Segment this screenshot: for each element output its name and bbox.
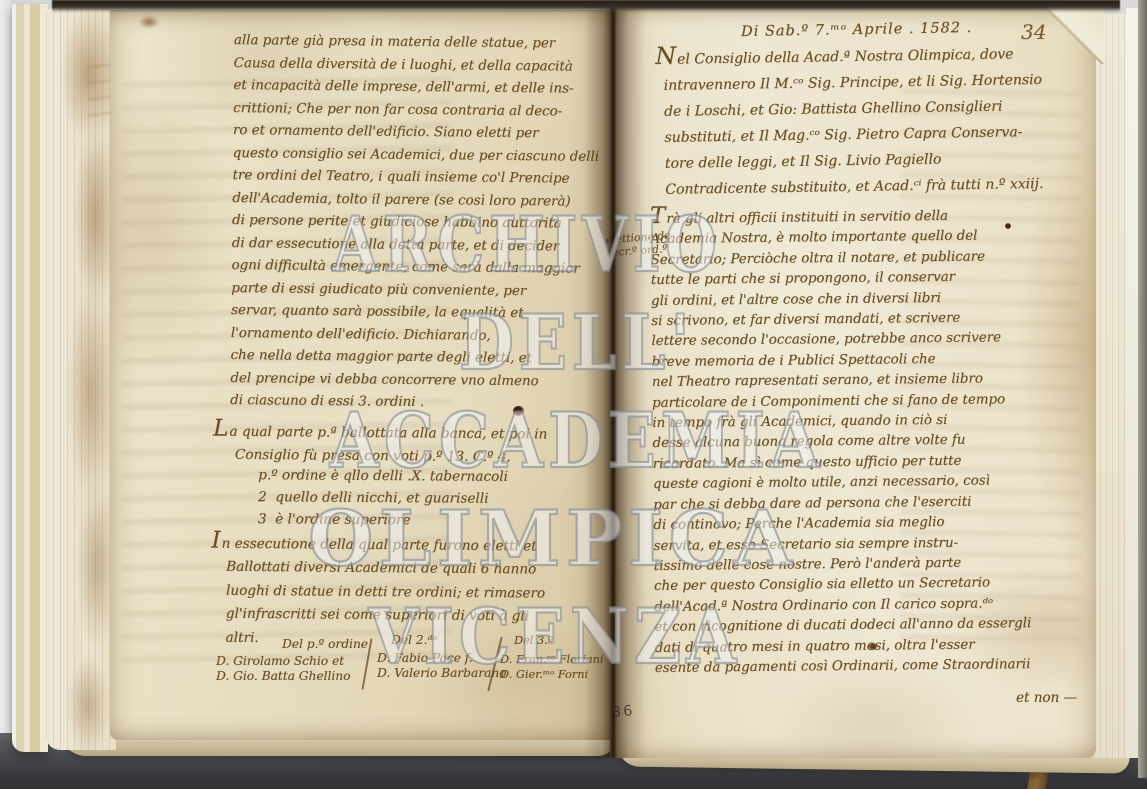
book-cover-right-edge (1138, 0, 1147, 778)
manuscript-text-line: lettere secondo l'occasione, potrebbe an… (651, 328, 1028, 352)
elected-name: D. Girolamo Schio et (216, 654, 368, 669)
elected-column-first-order: Del p.º ordine D. Girolamo Schio et D. G… (216, 637, 368, 685)
manuscript-text-line: La qual parte p.ª ballottata alla banca,… (213, 418, 547, 446)
manuscript-text-line: tre ordini del Teatro, i quali insieme c… (232, 165, 599, 191)
water-stains-left-edges (46, 8, 116, 750)
ink-smudge (138, 15, 160, 29)
column-header: Del 2.ᵈᵒ (391, 633, 506, 648)
left-page-paragraph-ballot: La qual parte p.ª ballottata alla banca,… (213, 418, 548, 469)
elected-name: D. Gio. Batta Ghellino (216, 669, 368, 684)
manuscript-text-line: In essecutione della qual parte furono e… (211, 530, 545, 559)
manuscript-text-line: et incapacità delle imprese, dell'armi, … (233, 75, 600, 101)
manuscript-text-line: ro et ornamento dell'edificio. Siano ele… (233, 120, 600, 146)
manuscript-text-line: Secretario; Perciòche oltra il notare, e… (650, 247, 1027, 271)
elected-column-second-order: Del 2.ᵈᵒ D. Fabio Pace f. D. Valerio Bar… (377, 633, 506, 682)
manuscript-text-line: di ciascuno di essi 3. ordini . (230, 390, 597, 416)
book-top-edge-shadow (52, 0, 1120, 13)
elected-name: D. Gier.ᵐᵒ Forni (500, 667, 604, 682)
order-list-item: 3 è l'ordine superiore (258, 509, 508, 533)
column-header: Del p.º ordine (282, 637, 368, 652)
manuscript-text-line: alla parte già presa in materia delle st… (234, 30, 601, 56)
manuscript-text-line: ogni difficultà emergente, come sarà dal… (231, 255, 598, 281)
pencil-foliation-number: 36 (611, 703, 635, 721)
page-edges-right (1094, 14, 1128, 758)
manuscript-text-line: et con ricognitione di ducati dodeci all… (654, 614, 1031, 638)
order-list-item: 2 quello delli nicchi, et guariselli (258, 487, 508, 511)
left-page-orders-list: p.º ordine è qllo delli .X. tabernacoli2… (258, 465, 508, 532)
left-page-paragraph-statue: alla parte già presa in materia delle st… (230, 30, 600, 416)
book-cover-left (12, 4, 48, 752)
elected-column-third-order: Del 3.º D. Fran.ᶜᵒ Floriani D. Gier.ᵐᵒ F… (500, 633, 604, 683)
manuscript-text-line: queste cagioni è molto utile, anzi neces… (653, 471, 1030, 495)
manuscript-text-line: Ballottati diversi Academici de quali 6 … (226, 556, 545, 582)
right-page-paragraph-secretary: Trà gli altri officii instituiti in serv… (650, 202, 1032, 679)
closing-phrase: et non — (1016, 690, 1077, 706)
manuscript-text-line: che nella detta maggior parte degli elet… (230, 345, 597, 371)
dog-ear-corner (1046, 6, 1104, 64)
elected-name: D. Fran.ᶜᵒ Floriani (500, 652, 604, 667)
column-header: Del 3.º (514, 633, 604, 648)
elected-name: D. Fabio Pace f. (377, 651, 506, 666)
order-list-item: p.º ordine è qllo delli .X. tabernacoli (258, 465, 508, 489)
manuscript-scan-photo: alla parte già presa in materia delle st… (0, 0, 1147, 789)
right-page-paragraph-council: Nel Consiglio della Acad.ª Nostra Olimpi… (655, 38, 1044, 203)
manuscript-text-line: particolare de i Componimenti che si fan… (652, 390, 1029, 414)
manuscript-text-line: di persone perite et giudiciose habbino … (232, 210, 599, 236)
manuscript-text-line: servar, quanto sarà possibile, la equali… (231, 300, 598, 326)
manuscript-text-line: luoghi di statue in detti tre ordini; et… (226, 579, 545, 605)
elected-name: D. Valerio Barbarano (377, 666, 506, 681)
flyleaf-edge-right (1126, 8, 1138, 758)
manuscript-text-line: esente da pagamenti così Ordinarii, come… (655, 655, 1032, 679)
faint-margin-marks (87, 58, 111, 119)
manuscript-text-line: gl'infrascritti sei come superiori di vo… (226, 603, 545, 629)
